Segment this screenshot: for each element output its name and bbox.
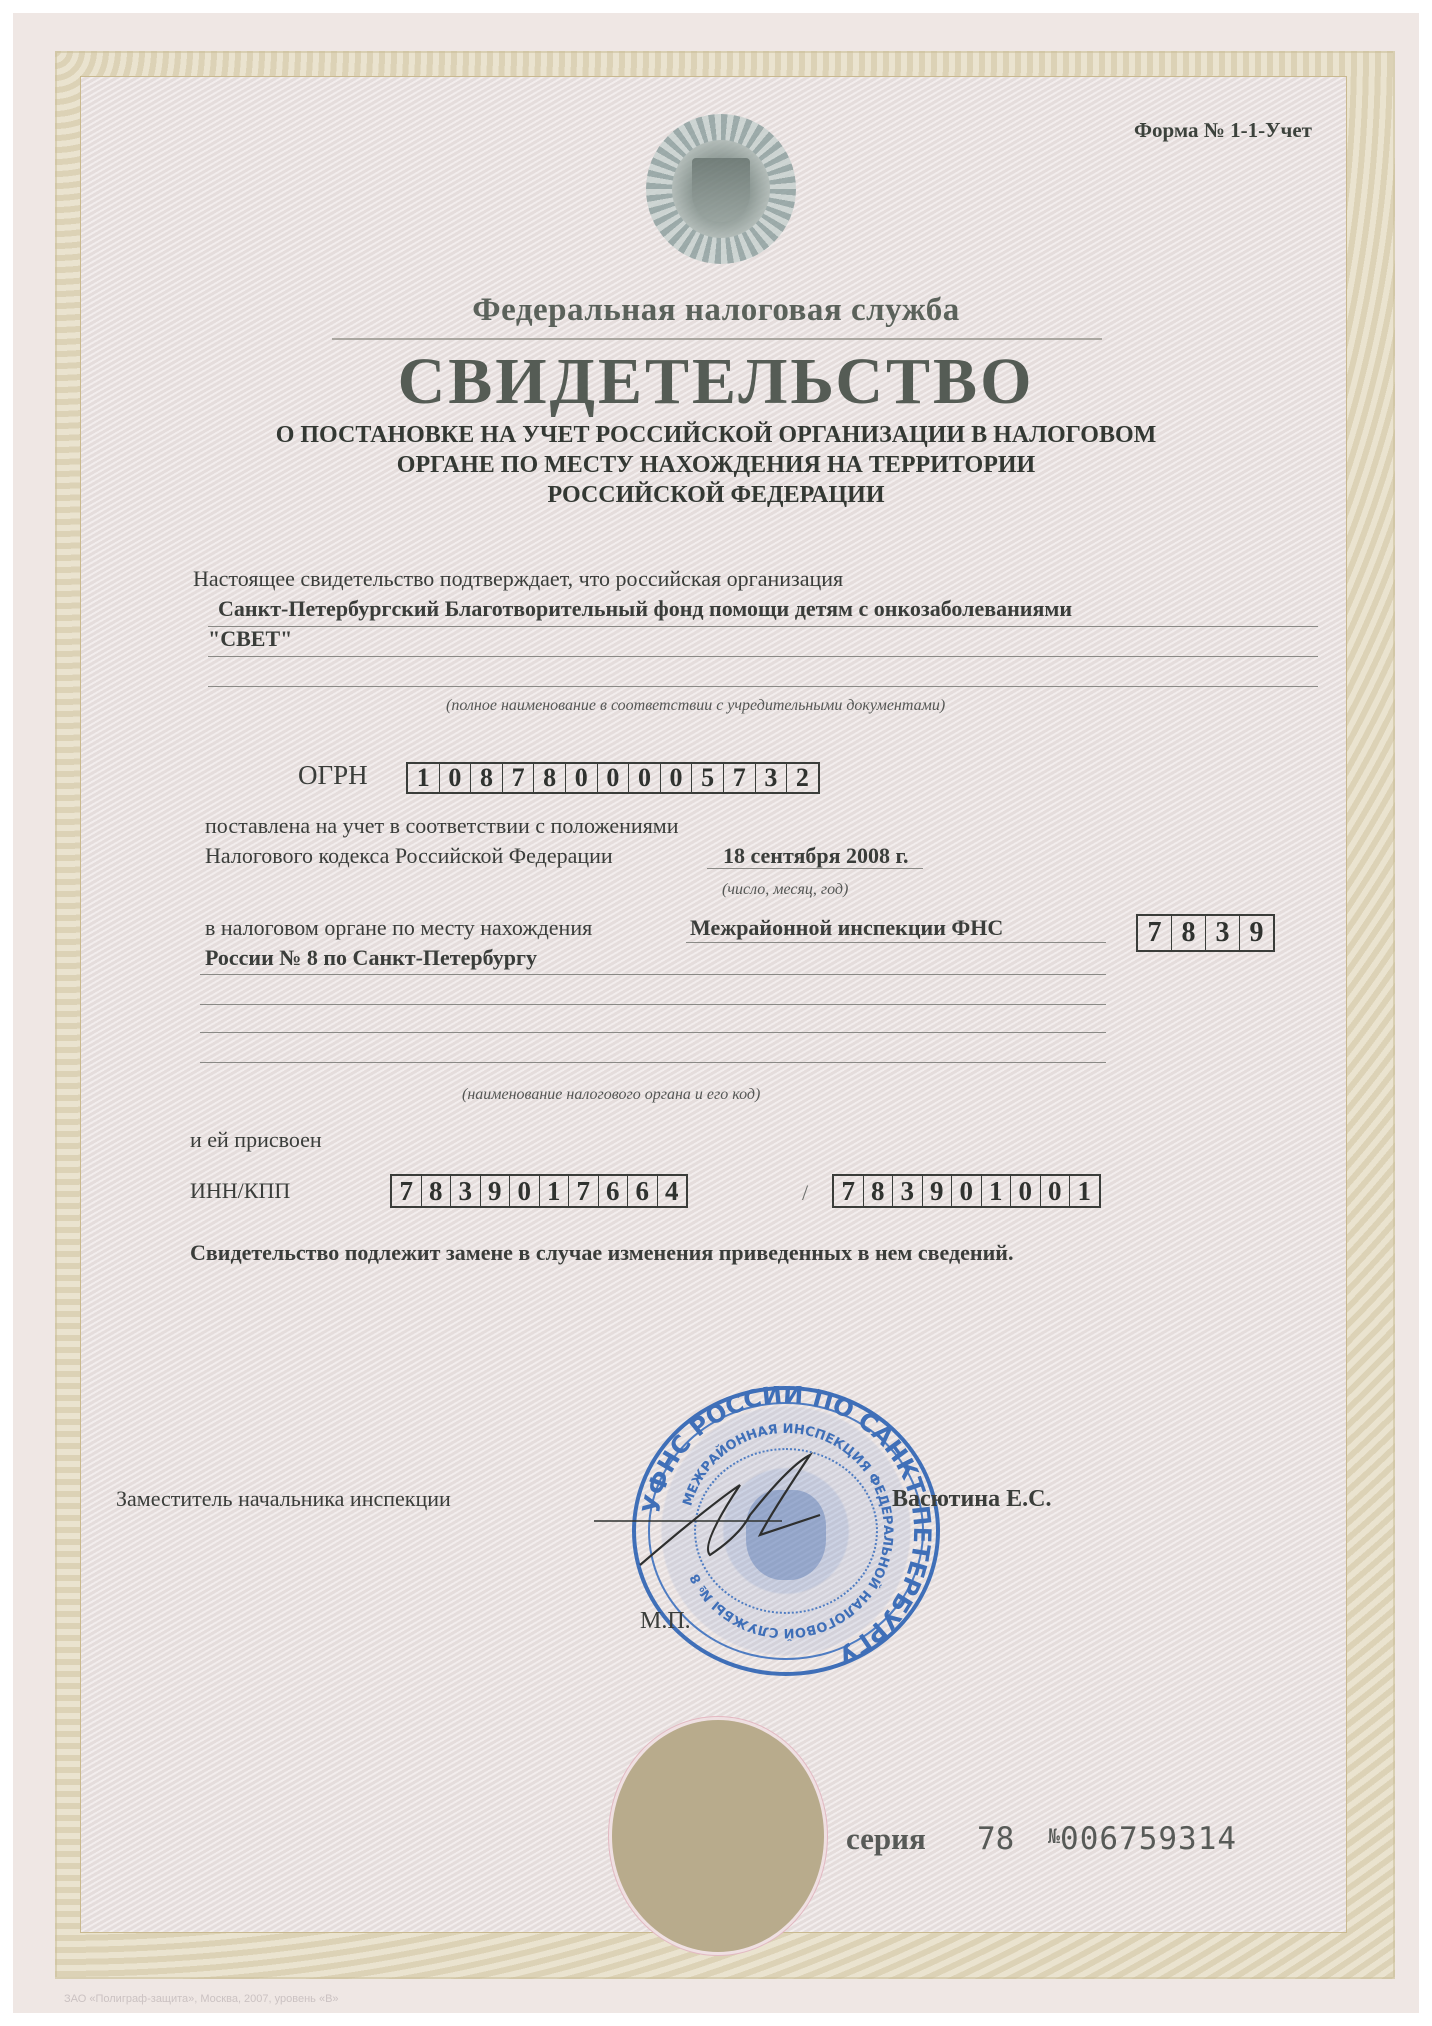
fill-line — [200, 974, 1106, 975]
kpp-digit: 3 — [893, 1176, 923, 1206]
kpp-digit: 0 — [1011, 1176, 1041, 1206]
inn-digit: 3 — [451, 1176, 481, 1206]
registration-line2: Налогового кодекса Российской Федерации — [205, 843, 613, 869]
fill-line — [686, 942, 1106, 943]
date-underline — [707, 868, 923, 869]
assigned-label: и ей присвоен — [190, 1127, 322, 1153]
ogrn-digit-boxes: 1087800005732 — [406, 762, 820, 794]
inn-digit: 7 — [569, 1176, 599, 1206]
inn-kpp-label: ИНН/КПП — [190, 1178, 290, 1204]
tax-authority-caption: (наименование налогового органа и его ко… — [462, 1086, 760, 1104]
subtitle-line: О ПОСТАНОВКЕ НА УЧЕТ РОССИЙСКОЙ ОРГАНИЗА… — [0, 420, 1432, 450]
inn-digit: 4 — [658, 1176, 687, 1206]
ogrn-digit: 0 — [629, 764, 661, 792]
ogrn-digit: 0 — [440, 764, 472, 792]
inn-digit-boxes: 7839017664 — [390, 1174, 688, 1208]
inn-digit: 6 — [599, 1176, 629, 1206]
subtitle-line: РОССИЙСКОЙ ФЕДЕРАЦИИ — [0, 480, 1432, 510]
number-sign: № — [1048, 1824, 1060, 1848]
hologram-sticker-icon — [612, 1720, 824, 1952]
organization-name-caption: (полное наименование в соответствии с уч… — [446, 697, 945, 715]
ogrn-digit: 0 — [598, 764, 630, 792]
kpp-digit: 0 — [952, 1176, 982, 1206]
inn-digit: 6 — [628, 1176, 658, 1206]
ogrn-digit: 5 — [692, 764, 724, 792]
kpp-digit: 1 — [1070, 1176, 1099, 1206]
fill-line — [200, 1032, 1106, 1033]
signature-mark — [590, 1425, 930, 1625]
signatory-name: Васютина Е.С. — [892, 1486, 1051, 1513]
ogrn-digit: 0 — [661, 764, 693, 792]
ogrn-digit: 7 — [724, 764, 756, 792]
kpp-digit: 8 — [864, 1176, 894, 1206]
inn-digit: 1 — [540, 1176, 570, 1206]
ogrn-digit: 7 — [503, 764, 535, 792]
tax-authority-code-digit: 7 — [1138, 916, 1172, 950]
inn-digit: 0 — [510, 1176, 540, 1206]
series-label: серия — [846, 1821, 926, 1857]
fill-line — [200, 1062, 1106, 1063]
emblem-shield-icon — [692, 158, 750, 222]
registration-date: 18 сентября 2008 г. — [723, 843, 909, 869]
form-number: Форма № 1-1-Учет — [1134, 118, 1312, 143]
inn-digit: 7 — [392, 1176, 422, 1206]
subtitle-line: ОРГАНЕ ПО МЕСТУ НАХОЖДЕНИЯ НА ТЕРРИТОРИИ — [0, 450, 1432, 480]
serial-digits: 006759314 — [1060, 1821, 1237, 1857]
document-title: СВИДЕТЕЛЬСТВО — [0, 344, 1432, 420]
ogrn-digit: 8 — [471, 764, 503, 792]
ogrn-digit: 3 — [756, 764, 788, 792]
ogrn-digit: 1 — [408, 764, 440, 792]
tax-authority-name-line2: России № 8 по Санкт-Петербургу — [205, 945, 537, 971]
ogrn-digit: 8 — [534, 764, 566, 792]
ogrn-digit: 2 — [787, 764, 818, 792]
date-caption: (число, месяц, год) — [722, 881, 848, 899]
replacement-notice: Свидетельство подлежит замене в случае и… — [190, 1240, 1013, 1266]
organization-intro: Настоящее свидетельство подтверждает, чт… — [193, 566, 843, 592]
signatory-position: Заместитель начальника инспекции — [116, 1486, 451, 1512]
fill-line — [208, 626, 1318, 627]
agency-name: Федеральная налоговая служба — [0, 292, 1432, 329]
fill-line — [208, 686, 1318, 687]
registration-line1: поставлена на учет в соответствии с поло… — [205, 813, 679, 839]
kpp-digit: 7 — [834, 1176, 864, 1206]
hologram-emblem-icon — [646, 114, 796, 264]
organization-name-line2: "СВЕТ" — [208, 626, 292, 652]
seal-place: М.П. — [640, 1608, 691, 1635]
tax-authority-code-boxes: 7839 — [1136, 914, 1275, 952]
ogrn-digit: 0 — [566, 764, 598, 792]
serial-number: №006759314 — [1048, 1821, 1237, 1857]
tax-authority-code-digit: 3 — [1206, 916, 1240, 950]
inn-digit: 8 — [422, 1176, 452, 1206]
printer-note: ЗАО «Полиграф-защита», Москва, 2007, уро… — [64, 1993, 339, 2005]
inn-digit: 9 — [481, 1176, 511, 1206]
inn-kpp-separator: / — [802, 1180, 808, 1206]
kpp-digit: 1 — [982, 1176, 1012, 1206]
tax-authority-code-digit: 8 — [1172, 916, 1206, 950]
kpp-digit-boxes: 783901001 — [832, 1174, 1101, 1208]
header-divider — [332, 338, 1102, 340]
organization-name-line1: Санкт-Петербургский Благотворительный фо… — [218, 596, 1072, 622]
kpp-digit: 9 — [923, 1176, 953, 1206]
document-subtitle: О ПОСТАНОВКЕ НА УЧЕТ РОССИЙСКОЙ ОРГАНИЗА… — [0, 420, 1432, 510]
series-number: 78 — [977, 1821, 1014, 1857]
tax-authority-label: в налоговом органе по месту нахождения — [205, 915, 592, 941]
kpp-digit: 0 — [1041, 1176, 1071, 1206]
tax-authority-name-line1: Межрайонной инспекции ФНС — [690, 915, 1003, 941]
tax-authority-code-digit: 9 — [1240, 916, 1273, 950]
ogrn-label: ОГРН — [298, 760, 368, 791]
fill-line — [208, 656, 1318, 657]
fill-line — [200, 1004, 1106, 1005]
